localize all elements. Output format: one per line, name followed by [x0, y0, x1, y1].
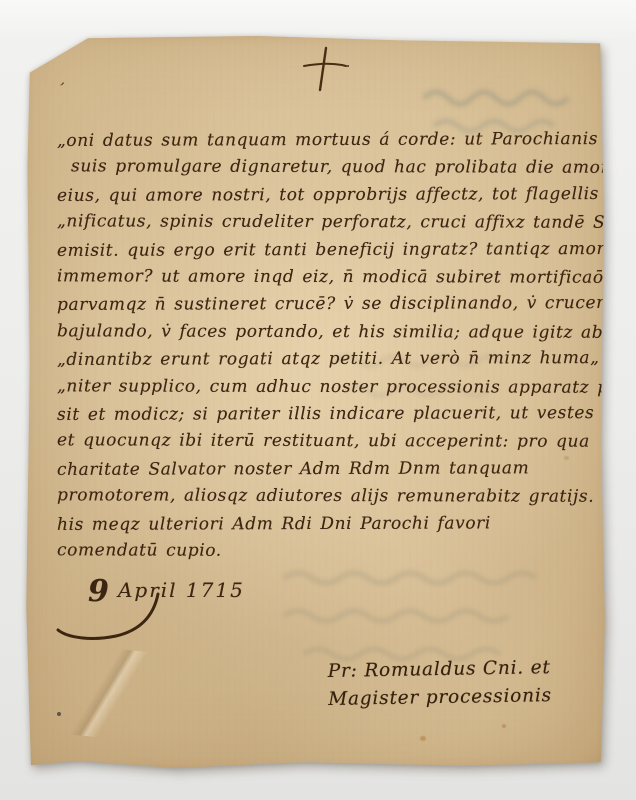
- letter-line: „niter supplico, cum adhuc noster proces…: [57, 373, 585, 402]
- marginal-mark: ‚: [59, 72, 67, 89]
- letter-line: parvamqz n̄ sustineret crucē? v̇ se disc…: [57, 291, 585, 320]
- date-month-year: April 1715: [118, 578, 245, 602]
- letter-body: „oni datus sum tanquam mortuus á corde: …: [57, 127, 585, 566]
- letter-line: promotorem, aliosqz adiutores alijs remu…: [57, 483, 585, 512]
- letter-paper: ‚ „oni datus sum tanquam mortuus á corde…: [24, 36, 606, 768]
- letter-line: bajulando, v̇ faces portando, et his sim…: [57, 318, 585, 347]
- date-day: 9: [88, 574, 109, 609]
- letter-line: charitate Salvator noster Adm Rdm Dnm ta…: [57, 455, 585, 484]
- letter-line: comendatū cupio.: [57, 537, 585, 566]
- letter-line: „dinantibz erunt rogati atqz petiti. At …: [57, 345, 585, 374]
- cross-mark: [296, 44, 356, 96]
- date-line: 9 April 1715: [88, 574, 245, 644]
- paper-crease: [28, 640, 187, 745]
- letter-line: et quocunqz ibi iterū restituant, ubi ac…: [57, 428, 585, 457]
- letter-line: sit et modicz; si pariter illis indicare…: [57, 400, 585, 429]
- letter-line: immemor? ut amore inqd eiz, n̄ modicā su…: [57, 263, 585, 292]
- letter-line: „oni datus sum tanquam mortuus á corde: …: [57, 126, 585, 155]
- paper-shadow-wrap: ‚ „oni datus sum tanquam mortuus á corde…: [24, 36, 606, 768]
- rust-stain: [502, 724, 506, 728]
- photo-backdrop: ‚ „oni datus sum tanquam mortuus á corde…: [0, 0, 636, 800]
- signature-title: Magister processionis: [328, 682, 552, 714]
- rust-stain: [420, 736, 426, 741]
- ink-speck: [57, 712, 61, 716]
- letter-line: „nificatus, spinis crudeliter perforatz,…: [57, 209, 585, 238]
- letter-line: suis promulgare dignaretur, quod hac pro…: [57, 154, 585, 183]
- letter-line: emisit. quis ergo erit tanti beneficij i…: [57, 236, 585, 265]
- signature-block: Pr: Romualdus Cni. et Magister processio…: [328, 654, 553, 714]
- letter-line: his meqz ulteriori Adm Rdi Dni Parochi f…: [57, 510, 585, 539]
- signature-name: Pr: Romualdus Cni. et: [328, 654, 552, 686]
- letter-line: eius, qui amore nostri, tot opprobrijs a…: [57, 181, 585, 210]
